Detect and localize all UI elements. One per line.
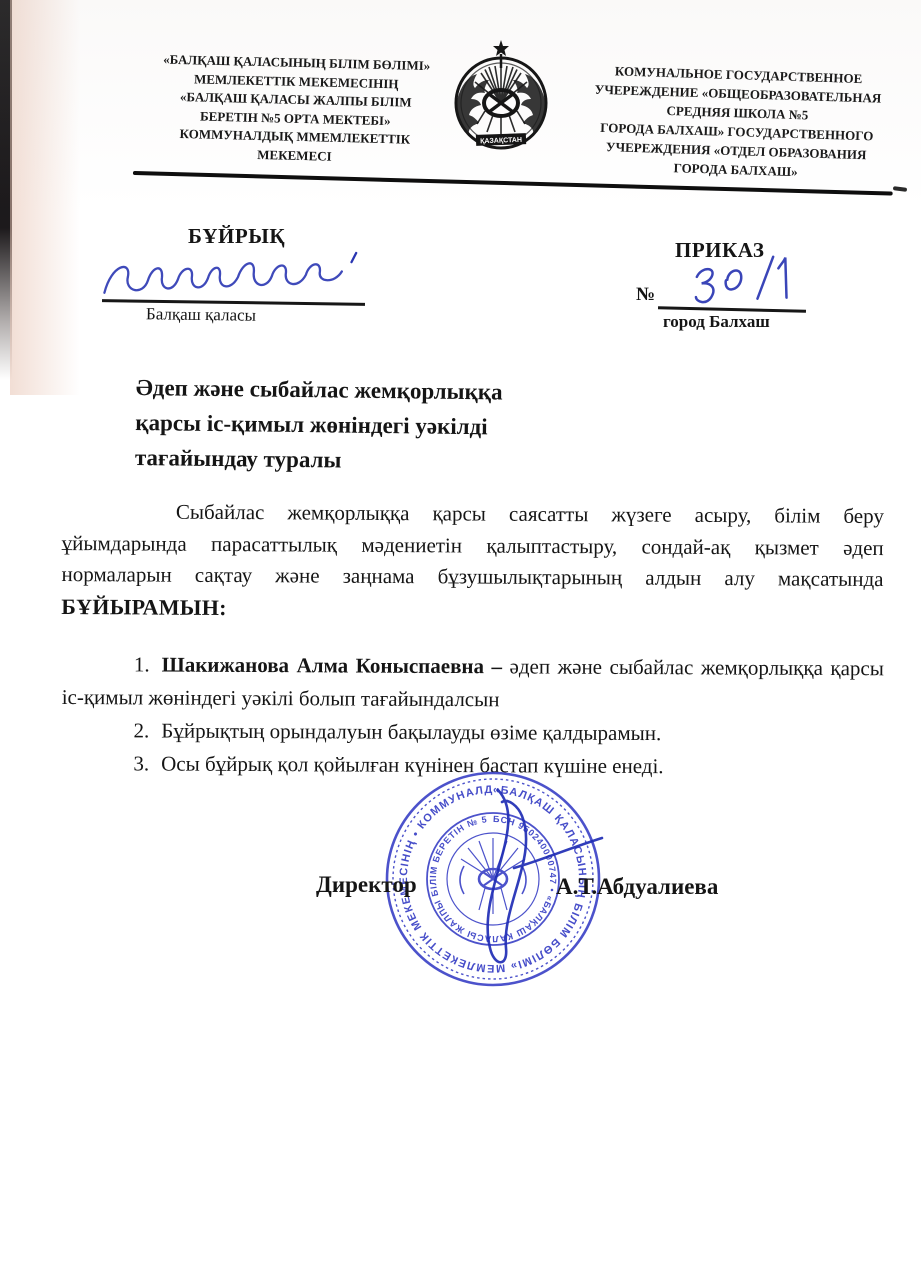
signatory-name: А.Т.Абдуалиева bbox=[556, 874, 718, 900]
emblem-caption: ҚАЗАҚСТАН bbox=[480, 137, 522, 145]
preamble-text: Сыбайлас жемқорлыққа қарсы саясатты жүзе… bbox=[61, 500, 884, 591]
star-icon bbox=[493, 40, 509, 56]
order-preamble: Сыбайлас жемқорлыққа қарсы саясатты жүзе… bbox=[61, 496, 884, 628]
kazakhstan-coat-of-arms-icon: ҚАЗАҚСТАН bbox=[440, 38, 562, 171]
org-name-russian: КОМУНАЛЬНОЕ ГОСУДАРСТВЕННОЕ УЧЕРЕЖДЕНИЕ … bbox=[568, 60, 905, 184]
preamble-resolve-word: БҰЙЫРАМЫН: bbox=[61, 593, 227, 619]
item-text: Бұйрықтың орындалуын бақылауды өзіме қал… bbox=[161, 719, 661, 746]
item-number: 1. bbox=[134, 652, 150, 676]
org-name-kazakh: «БАЛҚАШ ҚАЛАСЫНЫҢ БІЛІМ БӨЛІМІ» МЕМЛЕКЕТ… bbox=[135, 50, 456, 169]
order-number-label: № bbox=[636, 284, 655, 306]
order-item-1: 1.Шакижанова Алма Коныспаевна – әдеп жән… bbox=[62, 648, 884, 718]
order-item-2: 2.Бұйрықтың орындалуын бақылауды өзіме қ… bbox=[61, 714, 883, 751]
item-number: 3. bbox=[133, 751, 149, 775]
place-russian: город Балхаш bbox=[663, 312, 770, 332]
order-title-line: қарсы іс-қимыл жөніндегі уәкілді bbox=[135, 405, 615, 446]
item-number: 2. bbox=[134, 718, 150, 742]
order-title-line: Әдеп және сыбайлас жемқорлыққа bbox=[136, 370, 616, 411]
place-kazakh: Балқаш қаласы bbox=[146, 304, 256, 326]
scanned-order-document: «БАЛҚАШ ҚАЛАСЫНЫҢ БІЛІМ БӨЛІМІ» МЕМЛЕКЕТ… bbox=[0, 0, 921, 1280]
order-title-line: тағайындау туралы bbox=[135, 440, 615, 481]
order-title: Әдеп және сыбайлас жемқорлыққа қарсы іс-… bbox=[135, 370, 616, 481]
order-items: 1.Шакижанова Алма Коныспаевна – әдеп жән… bbox=[61, 648, 884, 784]
appointee-name: Шакижанова Алма Коныспаевна – bbox=[162, 653, 503, 679]
signatory-role: Директор bbox=[316, 872, 417, 898]
